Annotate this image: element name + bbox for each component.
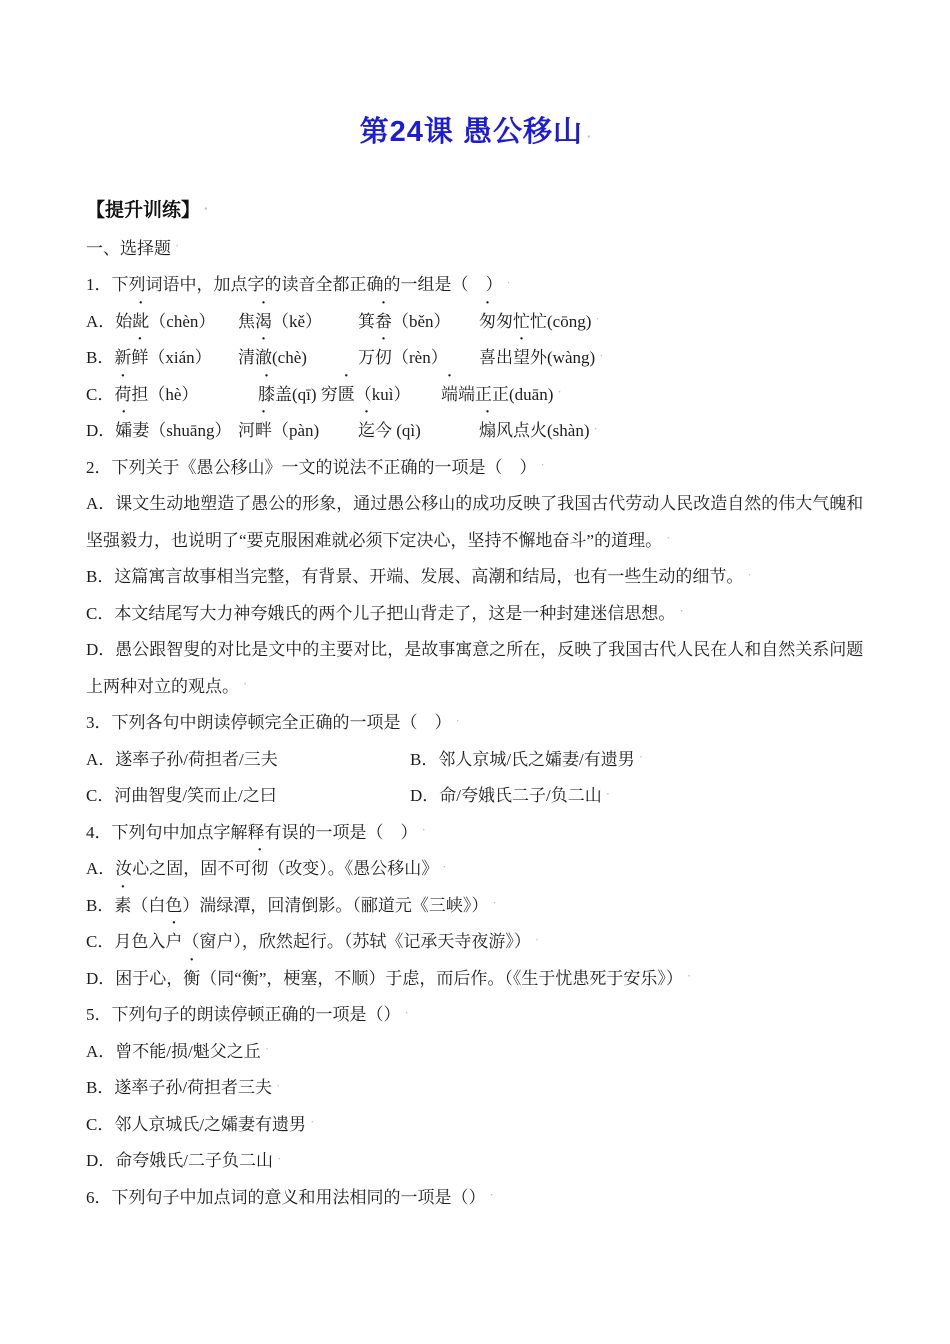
text-segment: （kě） [272, 312, 322, 331]
text-segment: 上两种对立的观点。 [86, 672, 239, 697]
text-segment: 妻（shuāng） [132, 421, 231, 440]
text-segment: （kuì） [355, 385, 411, 404]
dotted-char: 端 [441, 380, 458, 405]
text-segment: C． [86, 385, 114, 404]
option-cell: 清澈(chè) [238, 343, 358, 368]
text-segment: D．困于心， [86, 964, 183, 989]
q3-option-row-1: A．遂率子孙/荷担者/三夫B．邻人京城/氏之孀妻/有遗男 [86, 739, 866, 776]
dotted-char: 畚 [375, 307, 392, 332]
q2-option-d-line2: 上两种对立的观点。 [86, 666, 866, 703]
dotted-char: 荷 [114, 380, 131, 405]
q1-stem: 1．下列词语中，加点字的读音全都正确的一组是（ ） [86, 265, 866, 302]
option-cell: 迄今 (qì) [358, 416, 479, 441]
text-segment: 箕 [358, 312, 375, 331]
text-segment: （白色）湍绿潭，回清倒影。（郦道元《三峡》） [131, 891, 488, 916]
text-segment: 清 [238, 348, 255, 367]
dotted-char: 匮 [338, 380, 355, 405]
text-segment: 万 [358, 348, 375, 367]
dotted-char: 孀 [115, 416, 132, 441]
text-segment: C．本文结尾写大力神夸娥氏的两个儿子把山背走了，这是一种封建迷信思想。 [86, 599, 675, 624]
q2-option-a-line1: A．课文生动地塑造了愚公的形象，通过愚公移山的成功反映了我国古代劳动人民改造自然… [86, 484, 866, 521]
dotted-char: 迄 [358, 416, 375, 441]
text-segment: C．河曲智叟/笑而止/之曰 [86, 786, 277, 805]
option-cell: 喜出望外(wàng) [479, 343, 595, 368]
text-segment: （xián） [148, 348, 211, 367]
document-lines: 【提升训练】一、选择题1．下列词语中，加点字的读音全都正确的一组是（ ）A．始龀… [86, 188, 866, 1214]
dotted-char: 彻 [251, 854, 268, 879]
dotted-char: 煽 [479, 416, 496, 441]
option-cell: C．河曲智叟/笑而止/之曰 [86, 781, 410, 806]
text-segment: 风点火(shàn) [496, 421, 589, 440]
text-segment: D．命/夸娥氏二子/负二山 [410, 786, 602, 805]
text-segment: B．这篇寓言故事相当完整，有背景、开端、发展、高潮和结局，也有一些生动的细节。 [86, 562, 743, 587]
q4-option-b: B．素（白色）湍绿潭，回清倒影。（郦道元《三峡》） [86, 885, 866, 922]
text-segment: 【提升训练】 [86, 195, 200, 222]
q4-stem: 4．下列句中加点字解释有误的一项是（ ） [86, 812, 866, 849]
page-title: 第24课 愚公移山 [86, 112, 866, 156]
text-segment: A．遂率子孙/荷担者/三夫 [86, 750, 278, 769]
text-segment: 盖(qī) 穷 [275, 385, 338, 404]
dotted-char: 鲜 [131, 343, 148, 368]
text-segment: 今 (qì) [375, 421, 421, 440]
q2-option-c: C．本文结尾写大力神夸娥氏的两个儿子把山背走了，这是一种封建迷信思想。 [86, 593, 866, 630]
text-segment: C．邻人京城氏/之孀妻有遗男 [86, 1110, 306, 1135]
option-cell: 膝盖(qī) 穷匮（kuì） [258, 380, 441, 405]
dotted-char: 户 [165, 927, 182, 952]
option-cell: C．荷担（hè） [86, 380, 258, 405]
text-segment: 外(wàng) [530, 348, 595, 367]
q5-option-a: A．曾不能/损/魁父之丘 [86, 1031, 866, 1068]
q3-option-row-2: C．河曲智叟/笑而止/之曰D．命/夸娥氏二子/负二山 [86, 776, 866, 813]
text-segment: B．新 [86, 348, 131, 367]
text-segment: 河 [238, 421, 255, 440]
dotted-char: 渴 [255, 307, 272, 332]
option-cell: D．命/夸娥氏二子/负二山 [410, 781, 602, 806]
text-segment: 3．下列各句中朗读停顿完全正确的一项是（ ） [86, 708, 452, 733]
text-segment: 一、选择题 [86, 234, 171, 259]
text-segment: 6．下列句子中加点词的意义和用法相同的一项是（） [86, 1183, 486, 1208]
option-cell: B．新鲜（xián） [86, 343, 238, 368]
q3-stem: 3．下列各句中朗读停顿完全正确的一项是（ ） [86, 703, 866, 740]
text-segment: 坚强毅力，也说明了“要克服困难就必须下定决心，坚持不懈地奋斗”的道理。 [86, 526, 662, 551]
text-segment: （同“衡”，梗塞，不顺）于虑，而后作。（《生于忧患死于安乐》） [200, 964, 683, 989]
subsection-choice-questions: 一、选择题 [86, 228, 866, 265]
text-segment: A．课文生动地塑造了愚公的形象，通过愚公移山的成功反映了我国古代劳动人民改造自然… [86, 489, 863, 514]
dotted-char: 龀 [132, 307, 149, 332]
q5-option-d: D．命夸娥氏/二子负二山 [86, 1141, 866, 1178]
dotted-char: 望 [513, 343, 530, 368]
text-segment: （rèn） [392, 348, 448, 367]
training-section-header: 【提升训练】 [86, 188, 866, 228]
option-cell: D．孀妻（shuāng） [86, 416, 238, 441]
dotted-char: 匆 [479, 307, 496, 332]
text-segment: D．愚公跟智叟的对比是文中的主要对比，是故事寓意之所在，反映了我国古代人民在人和… [86, 635, 863, 660]
dotted-char: 畔 [255, 416, 272, 441]
q5-option-c: C．邻人京城氏/之孀妻有遗男 [86, 1104, 866, 1141]
q2-stem: 2．下列关于《愚公移山》一文的说法不正确的一项是（ ） [86, 447, 866, 484]
text-segment: 1．下列词语中，加点字的读音全都正确的一组是（ ） [86, 270, 503, 295]
q5-stem: 5．下列句子的朗读停顿正确的一项是（） [86, 995, 866, 1032]
text-segment: D．命夸娥氏/二子负二山 [86, 1146, 273, 1171]
text-segment: （běn） [392, 312, 451, 331]
option-cell: A．遂率子孙/荷担者/三夫 [86, 745, 410, 770]
option-cell: 煽风点火(shàn) [479, 416, 589, 441]
option-cell: 万仞（rèn） [358, 343, 479, 368]
text-segment: B． [86, 891, 114, 916]
q1-option-row-c: C．荷担（hè）膝盖(qī) 穷匮（kuì）端端正正(duān) [86, 374, 866, 411]
text-segment: 匆忙忙(cōng) [496, 312, 591, 331]
text-segment: 4．下列句中加点字解释有误的一项是（ ） [86, 818, 418, 843]
option-cell: 端端正正(duān) [441, 380, 553, 405]
option-cell: A．始龀（chèn） [86, 307, 238, 332]
option-cell: 箕畚（běn） [358, 307, 479, 332]
worksheet-page: 第24课 愚公移山 【提升训练】一、选择题1．下列词语中，加点字的读音全都正确的… [0, 0, 950, 1344]
text-segment: (chè) [272, 348, 307, 367]
q1-option-row-b: B．新鲜（xián）清澈(chè)万仞（rèn）喜出望外(wàng) [86, 338, 866, 375]
text-segment: A．汝心之固，固不可 [86, 854, 251, 879]
text-segment: A．始 [86, 312, 132, 331]
text-segment: B．邻人京城/氏之孀妻/有遗男 [410, 750, 635, 769]
option-cell: 匆匆忙忙(cōng) [479, 307, 591, 332]
q5-option-b: B．遂率子孙/荷担者三夫 [86, 1068, 866, 1105]
text-segment: 5．下列句子的朗读停顿正确的一项是（） [86, 1000, 401, 1025]
text-segment: （chèn） [149, 312, 215, 331]
text-segment: C．月色入 [86, 927, 165, 952]
text-segment: 端正正(duān) [458, 385, 553, 404]
text-segment: 喜出 [479, 348, 513, 367]
option-cell: B．邻人京城/氏之孀妻/有遗男 [410, 745, 635, 770]
text-segment: 焦 [238, 312, 255, 331]
dotted-char: 澈 [255, 343, 272, 368]
text-segment: （改变）。《愚公移山》 [268, 854, 438, 879]
text-segment: 2．下列关于《愚公移山》一文的说法不正确的一项是（ ） [86, 453, 537, 478]
q4-option-c: C．月色入户（窗户），欣然起行。（苏轼《记承天寺夜游》） [86, 922, 866, 959]
q1-option-row-d: D．孀妻（shuāng）河畔（pàn)迄今 (qì)煽风点火(shàn) [86, 411, 866, 448]
dotted-char: 衡 [183, 964, 200, 989]
dotted-char: 素 [114, 891, 131, 916]
dotted-char: 膝 [258, 380, 275, 405]
option-cell: 焦渴（kě） [238, 307, 358, 332]
dotted-char: 仞 [375, 343, 392, 368]
text-segment: D． [86, 421, 115, 440]
text-segment: A．曾不能/损/魁父之丘 [86, 1037, 261, 1062]
q2-option-d-line1: D．愚公跟智叟的对比是文中的主要对比，是故事寓意之所在，反映了我国古代人民在人和… [86, 630, 866, 667]
text-segment: （窗户），欣然起行。（苏轼《记承天寺夜游》） [182, 927, 531, 952]
q6-stem: 6．下列句子中加点词的意义和用法相同的一项是（） [86, 1177, 866, 1214]
q4-option-d: D．困于心，衡（同“衡”，梗塞，不顺）于虑，而后作。（《生于忧患死于安乐》） [86, 958, 866, 995]
q4-option-a: A．汝心之固，固不可彻（改变）。《愚公移山》 [86, 849, 866, 886]
option-cell: 河畔（pàn) [238, 416, 358, 441]
q2-option-a-line2: 坚强毅力，也说明了“要克服困难就必须下定决心，坚持不懈地奋斗”的道理。 [86, 520, 866, 557]
text-segment: 担（hè） [131, 385, 198, 404]
q2-option-b: B．这篇寓言故事相当完整，有背景、开端、发展、高潮和结局，也有一些生动的细节。 [86, 557, 866, 594]
q1-option-row-a: A．始龀（chèn）焦渴（kě）箕畚（běn）匆匆忙忙(cōng) [86, 301, 866, 338]
text-segment: （pàn) [272, 421, 319, 440]
text-segment: B．遂率子孙/荷担者三夫 [86, 1073, 272, 1098]
